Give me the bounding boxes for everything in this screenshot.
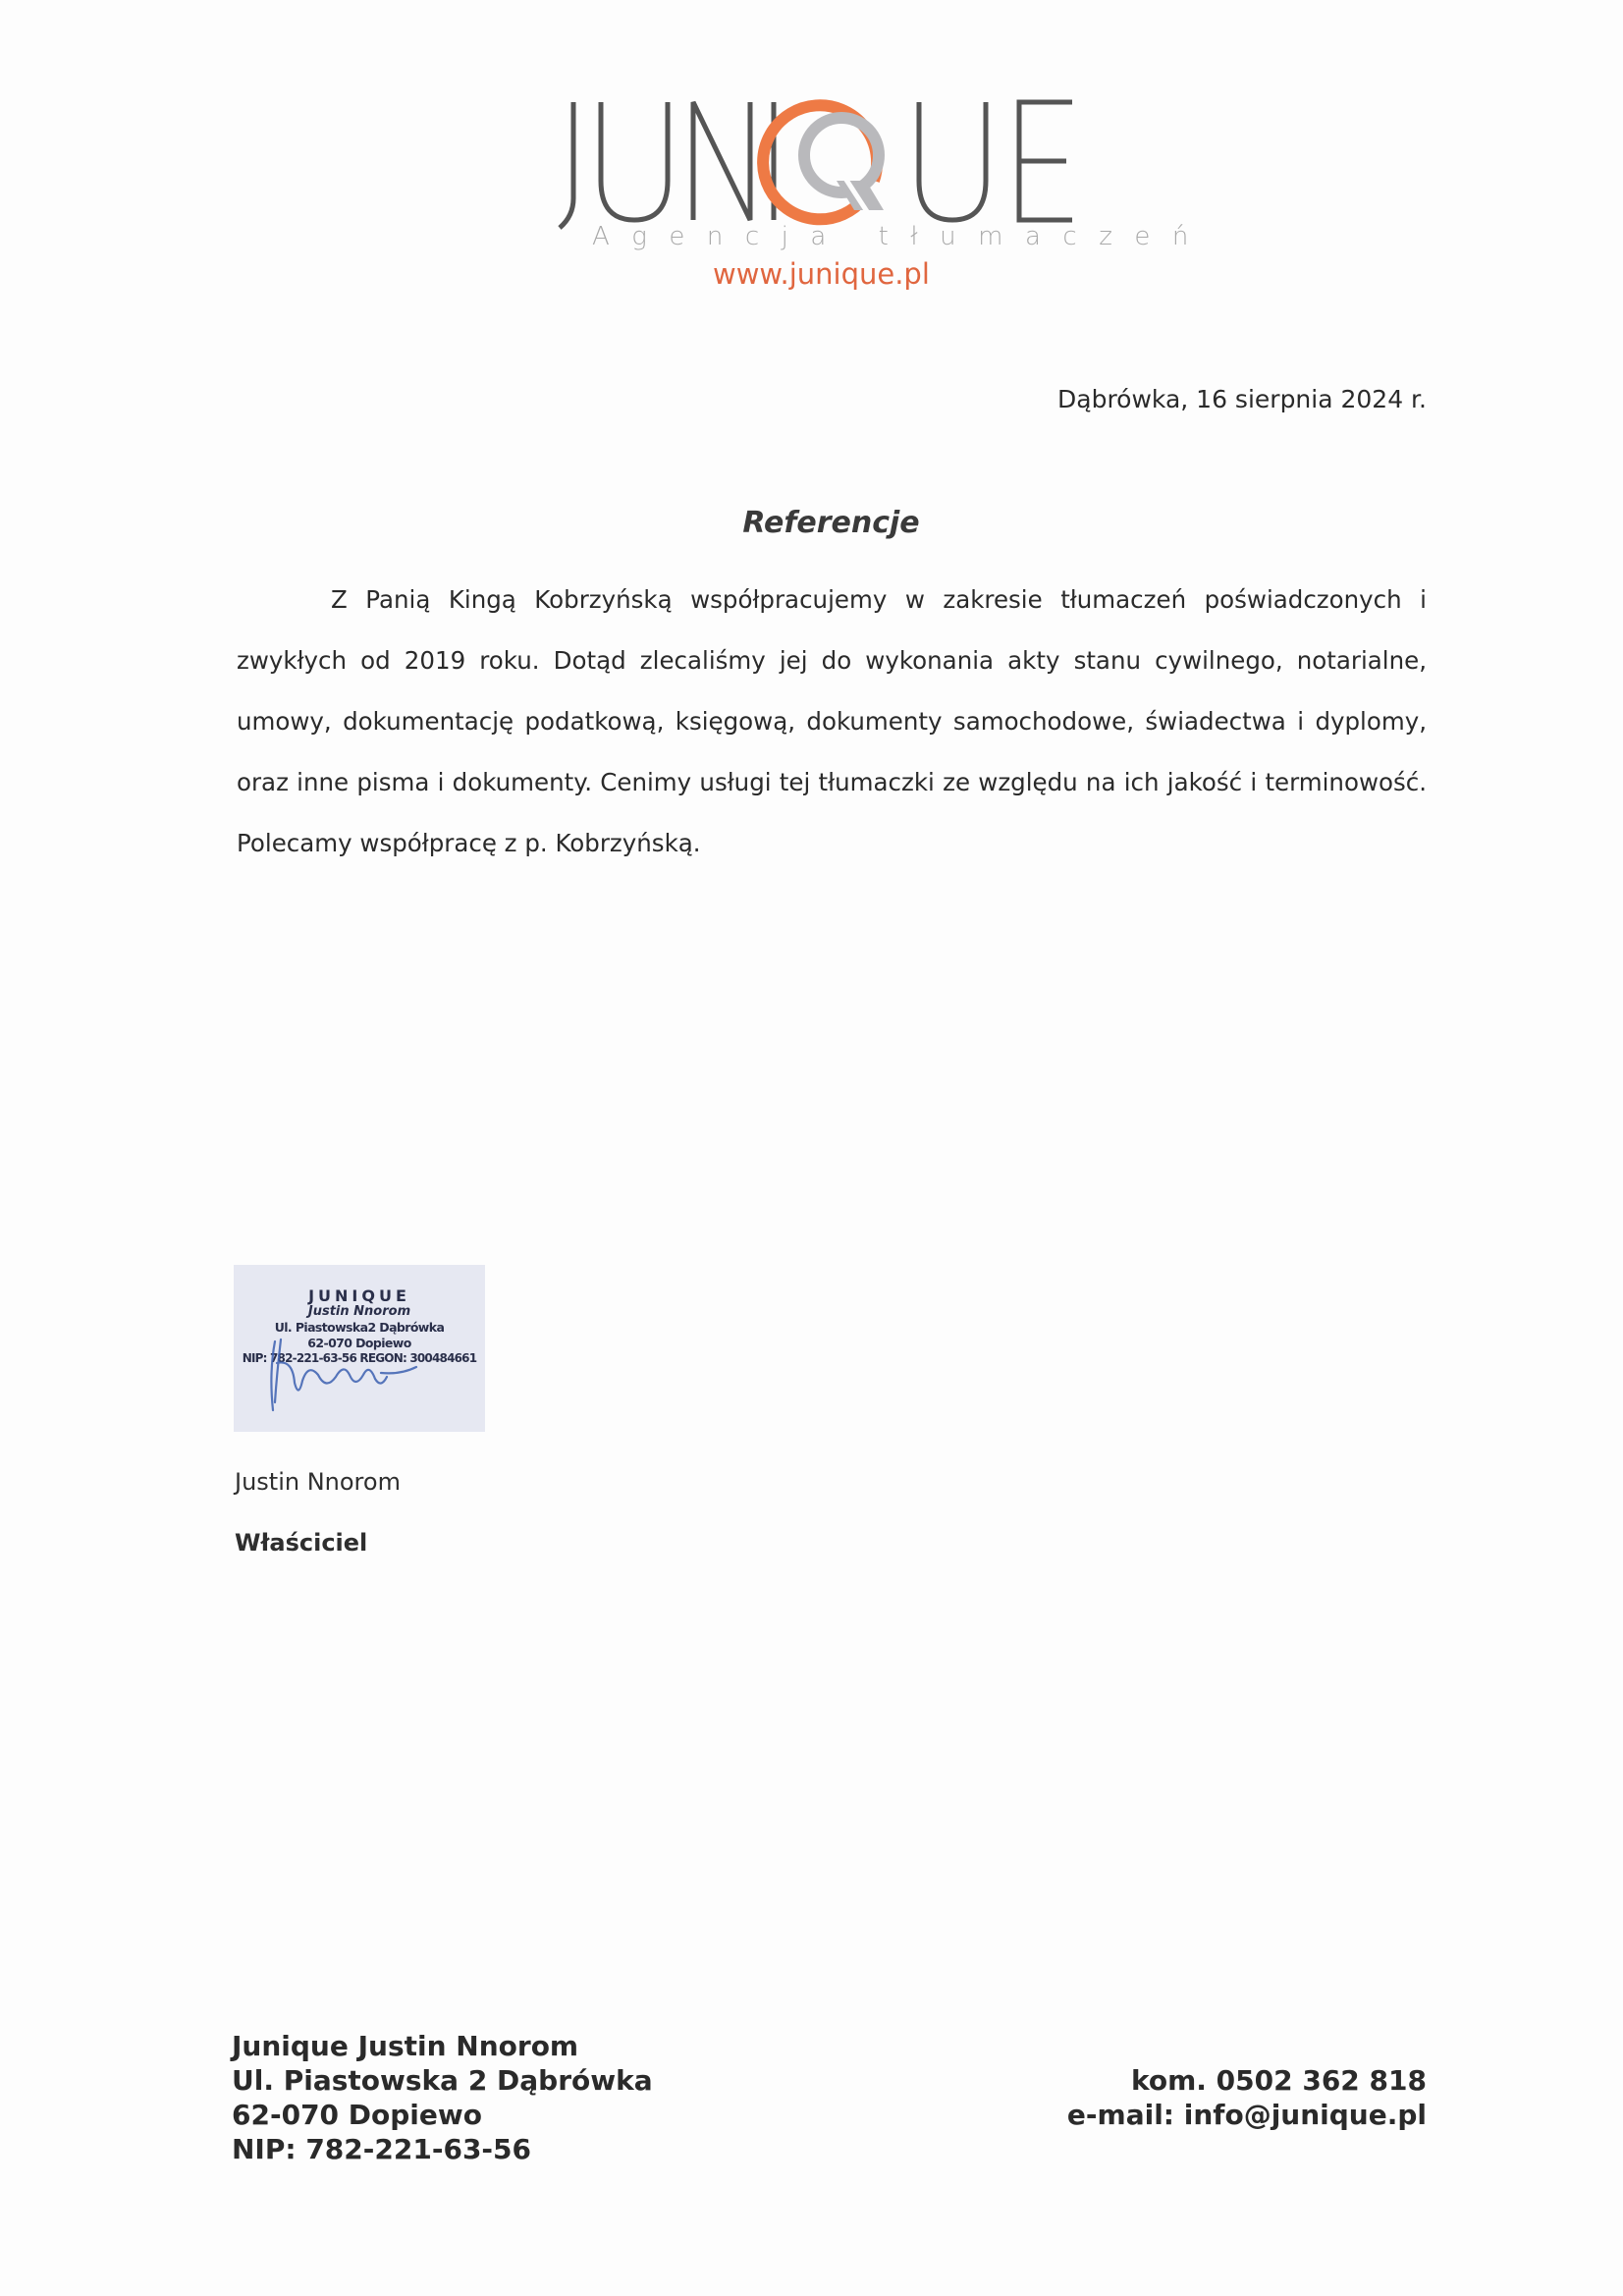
company-website-link[interactable]: www.junique.pl — [713, 257, 930, 291]
signer-role: Właściciel — [235, 1529, 367, 1557]
footer-company-name: Junique Justin Nnorom — [232, 2029, 653, 2063]
company-stamp: JUNIQUE Justin Nnorom Ul. Piastowska2 Dą… — [234, 1265, 485, 1432]
handwritten-signature — [234, 1265, 485, 1432]
footer-contact-details: kom. 0502 362 818 e-mail: info@junique.p… — [1067, 2063, 1427, 2132]
footer-street: Ul. Piastowska 2 Dąbrówka — [232, 2063, 653, 2098]
footer-company-details: Junique Justin Nnorom Ul. Piastowska 2 D… — [232, 2029, 653, 2166]
letter-title: Referencje — [0, 506, 1623, 540]
body-paragraph: Z Panią Kingą Kobrzyńską współpracujemy … — [237, 570, 1427, 874]
company-tagline: Agencja tłumaczeń — [592, 222, 1122, 251]
footer-postal-city: 62-070 Dopiewo — [232, 2098, 653, 2132]
footer-email-link[interactable]: e-mail: info@junique.pl — [1067, 2098, 1427, 2132]
q-logo-icon — [763, 105, 884, 219]
junique-wordmark — [550, 82, 1119, 240]
letter-date: Dąbrówka, 16 sierpnia 2024 r. — [1057, 385, 1427, 413]
signer-name: Justin Nnorom — [235, 1468, 401, 1496]
letter-body: Z Panią Kingą Kobrzyńską współpracujemy … — [237, 570, 1427, 874]
footer-nip: NIP: 782-221-63-56 — [232, 2132, 653, 2166]
footer-phone: kom. 0502 362 818 — [1067, 2063, 1427, 2098]
